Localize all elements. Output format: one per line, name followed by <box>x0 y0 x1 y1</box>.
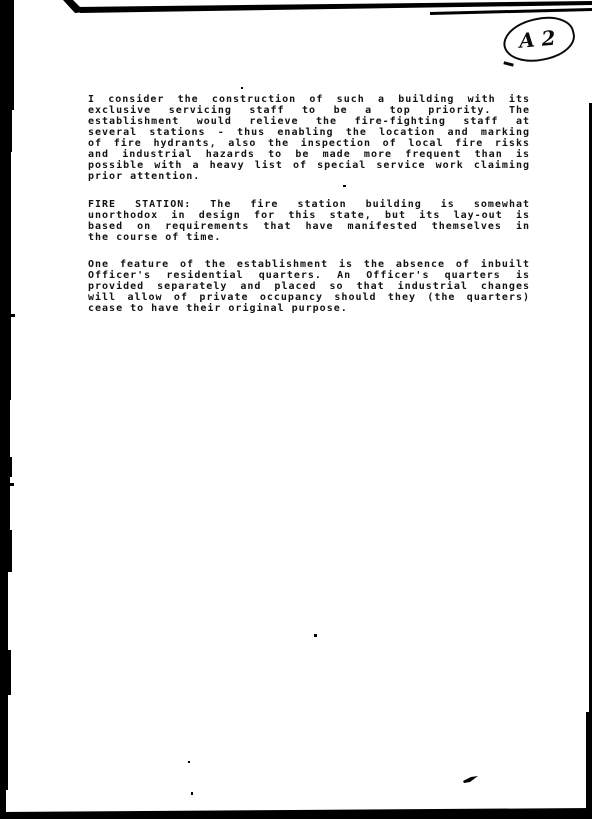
text-line: several stations - thus enabling the loc… <box>88 127 530 138</box>
left-edge-nub <box>10 483 14 486</box>
text-line: exclusive servicing staff to be a top pr… <box>88 105 530 116</box>
text-line: unorthodox in design for this state, but… <box>88 210 530 221</box>
text-line: and industrial hazards to be made more f… <box>88 149 530 160</box>
text-line: will allow of private occupancy should t… <box>88 292 530 303</box>
paragraph-2: FIRE STATION: The fire station building … <box>88 199 530 243</box>
tick-mark <box>463 776 478 783</box>
text-line: of fire hydrants, also the inspection of… <box>88 138 530 149</box>
text-line: FIRE STATION: The fire station building … <box>88 199 530 210</box>
bottom-edge-artifact <box>0 808 592 819</box>
text-line: I consider the construction of such a bu… <box>88 94 530 105</box>
text-line: Officer's residential quarters. An Offic… <box>88 270 530 281</box>
annotation-circle-tail <box>503 61 513 66</box>
text-line: based on requirements that have manifest… <box>88 221 530 232</box>
paragraph-3: One feature of the establishment is the … <box>88 259 530 314</box>
text-line: possible with a heavy list of special se… <box>88 160 530 171</box>
right-edge-artifact <box>586 103 592 812</box>
page-annotation: A2 <box>499 10 579 68</box>
annotation-label: A2 <box>518 24 563 52</box>
paragraph-1: I consider the construction of such a bu… <box>88 94 530 182</box>
text-line: establishment would relieve the fire-fig… <box>88 116 530 127</box>
text-line: cease to have their original purpose. <box>88 303 530 314</box>
left-edge-artifact <box>0 0 14 819</box>
scan-specks <box>188 87 346 795</box>
top-edge-artifact <box>76 1 592 13</box>
scanned-document-page: A2 I consider the construction of such a… <box>0 0 592 819</box>
left-edge-nub <box>11 314 15 317</box>
top-edge-artifact-secondary <box>430 8 592 15</box>
text-line: One feature of the establishment is the … <box>88 259 530 270</box>
text-line: prior attention. <box>88 171 530 182</box>
top-edge-artifact <box>63 0 85 13</box>
text-line: provided separately and placed so that i… <box>88 281 530 292</box>
text-line: the course of time. <box>88 232 530 243</box>
